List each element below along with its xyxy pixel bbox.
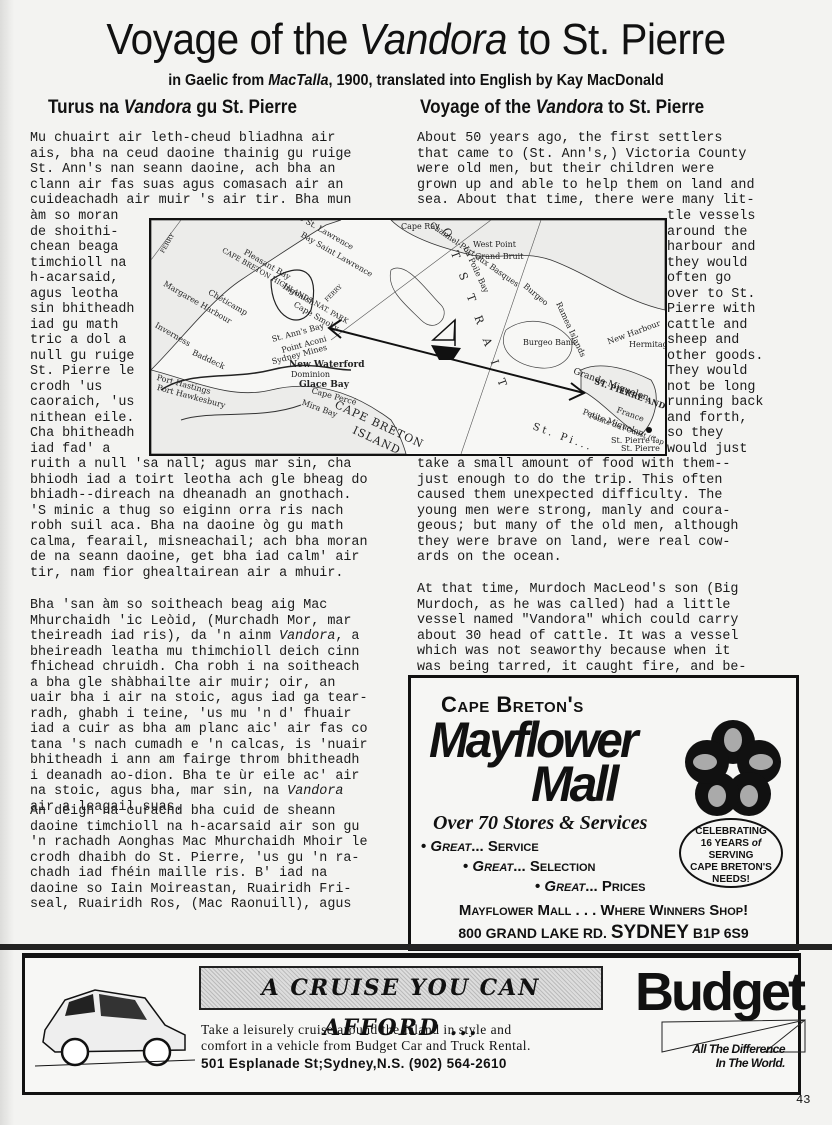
mall-ad-slogan: Mayflower Mall . . . Where Winners Shop!	[411, 902, 796, 919]
map-label: Grand Bruit	[475, 252, 523, 261]
vessel-name: Vandora	[279, 629, 335, 644]
page-number: 43	[796, 1093, 810, 1107]
map-label: Dominion	[291, 370, 330, 379]
heading-text: Voyage of the	[420, 97, 536, 118]
map-label: St. Pierre	[621, 444, 660, 453]
great-word: Great	[472, 858, 513, 875]
map-label: West Point	[473, 240, 516, 249]
route-map: Cape St. Lawrence Bay Saint Lawrence Ple…	[149, 218, 667, 456]
english-paragraph-1-top: About 50 years ago, the first settlers t…	[417, 131, 755, 209]
text: , a bheireadh leatha mu thimchioll deich…	[30, 629, 368, 799]
divider-bar	[0, 944, 832, 950]
gaelic-paragraph-2: Bha 'san àm so soitheach beag aig Mac Mh…	[30, 598, 368, 815]
budget-logo: Budget	[635, 964, 803, 1020]
title-text-end: to St. Pierre	[507, 15, 726, 64]
budget-ad-address: 501 Esplanade St;Sydney,N.S. (902) 564-2…	[201, 1056, 507, 1071]
heading-text-end: to St. Pierre	[603, 97, 704, 118]
subtitle-text: in Gaelic from	[168, 72, 268, 89]
english-column-heading: Voyage of the Vandora to St. Pierre	[420, 97, 704, 119]
mayflower-icon	[683, 718, 783, 818]
mall-ad-mall-logo: Mall	[531, 758, 616, 810]
heading-vessel-name: Vandora	[536, 97, 604, 118]
address-city: SYDNEY	[611, 922, 689, 943]
mall-ad-store-count: Over 70 Stores & Services	[433, 812, 647, 835]
tagline-line: In The World.	[655, 1056, 785, 1070]
gaelic-paragraph-1-side: àm so moran de shoithi- chean beaga timc…	[30, 209, 134, 457]
page-gutter-shadow	[0, 0, 14, 1125]
heading-text: Turus na	[48, 97, 124, 118]
badge-line: NEEDS!	[681, 874, 781, 886]
gaelic-paragraph-1-top: Mu chuairt air leth-cheud bliadhna air a…	[30, 131, 351, 209]
tagline-line: All The Difference	[655, 1042, 785, 1056]
badge-line: 16 YEARS of	[681, 838, 781, 850]
english-paragraph-1-side: tle vessels around the harbour and they …	[667, 209, 763, 457]
map-label: New Waterford	[289, 360, 365, 370]
english-paragraph-2: At that time, Murdoch MacLeod's son (Big…	[417, 582, 746, 675]
mall-ad-great-service: • Great... Service	[421, 838, 539, 855]
cruise-banner: A CRUISE YOU CAN AFFORD ...	[199, 966, 603, 1010]
gaelic-paragraph-1-end: ruith a null 'sa nall; agus mar sin, cha…	[30, 457, 368, 581]
badge-years: 16 YEARS	[701, 838, 749, 849]
magazine-page: Voyage of the Vandora to St. Pierre in G…	[0, 0, 832, 1125]
great-word: Great	[430, 838, 471, 855]
budget-rental-ad: A CRUISE YOU CAN AFFORD ... Take a leisu…	[22, 953, 801, 1095]
subtitle-text-end: , 1900, translated into English by Kay M…	[329, 72, 664, 89]
badge-line: SERVING	[681, 850, 781, 862]
great-rest: ... Prices	[585, 878, 645, 895]
budget-ad-body: Take a leisurely cruise around the Islan…	[201, 1022, 531, 1054]
mall-ad-great-selection: • Great... Selection	[463, 858, 596, 875]
english-paragraph-1-end: take a small amount of food with them-- …	[417, 457, 738, 566]
subtitle-source: MacTalla	[268, 72, 328, 89]
heading-text-end: gu St. Pierre	[191, 97, 296, 118]
mall-ad-great-prices: • Great... Prices	[535, 878, 646, 895]
gaelic-column-heading: Turus na Vandora gu St. Pierre	[48, 97, 297, 119]
address-postal: B1P 6S9	[693, 925, 749, 941]
title-vessel-name: Vandora	[359, 15, 507, 64]
map-label: Hermitage	[629, 340, 667, 349]
heading-vessel-name: Vandora	[124, 97, 192, 118]
article-subtitle: in Gaelic from MacTalla, 1900, translate…	[42, 72, 791, 90]
badge-line: CAPE BRETON'S	[681, 862, 781, 874]
mall-ad-address: 800 GRAND LAKE RD. SYDNEY B1P 6S9	[411, 922, 796, 944]
great-rest: ... Service	[471, 838, 538, 855]
vessel-name: Vandora	[287, 784, 343, 799]
article-title: Voyage of the Vandora to St. Pierre	[33, 14, 798, 66]
anniversary-badge: CELEBRATING 16 YEARS of SERVING CAPE BRE…	[679, 818, 783, 888]
great-word: Great	[544, 878, 585, 895]
badge-line: CELEBRATING	[681, 826, 781, 838]
address-street: 800 GRAND LAKE RD.	[458, 925, 607, 941]
mayflower-mall-ad: Cape Breton's Mayflower Mall Over 70 Sto…	[408, 675, 799, 951]
badge-of: of	[752, 838, 761, 849]
gaelic-paragraph-3: An deigh na curachd bha cuid de sheann d…	[30, 804, 368, 913]
budget-tagline: All The Difference In The World.	[655, 1042, 785, 1070]
map-label: Burgeo Bank	[523, 338, 576, 347]
title-text: Voyage of the	[106, 15, 358, 64]
great-rest: ... Selection	[513, 858, 595, 875]
minivan-icon	[35, 980, 195, 1070]
